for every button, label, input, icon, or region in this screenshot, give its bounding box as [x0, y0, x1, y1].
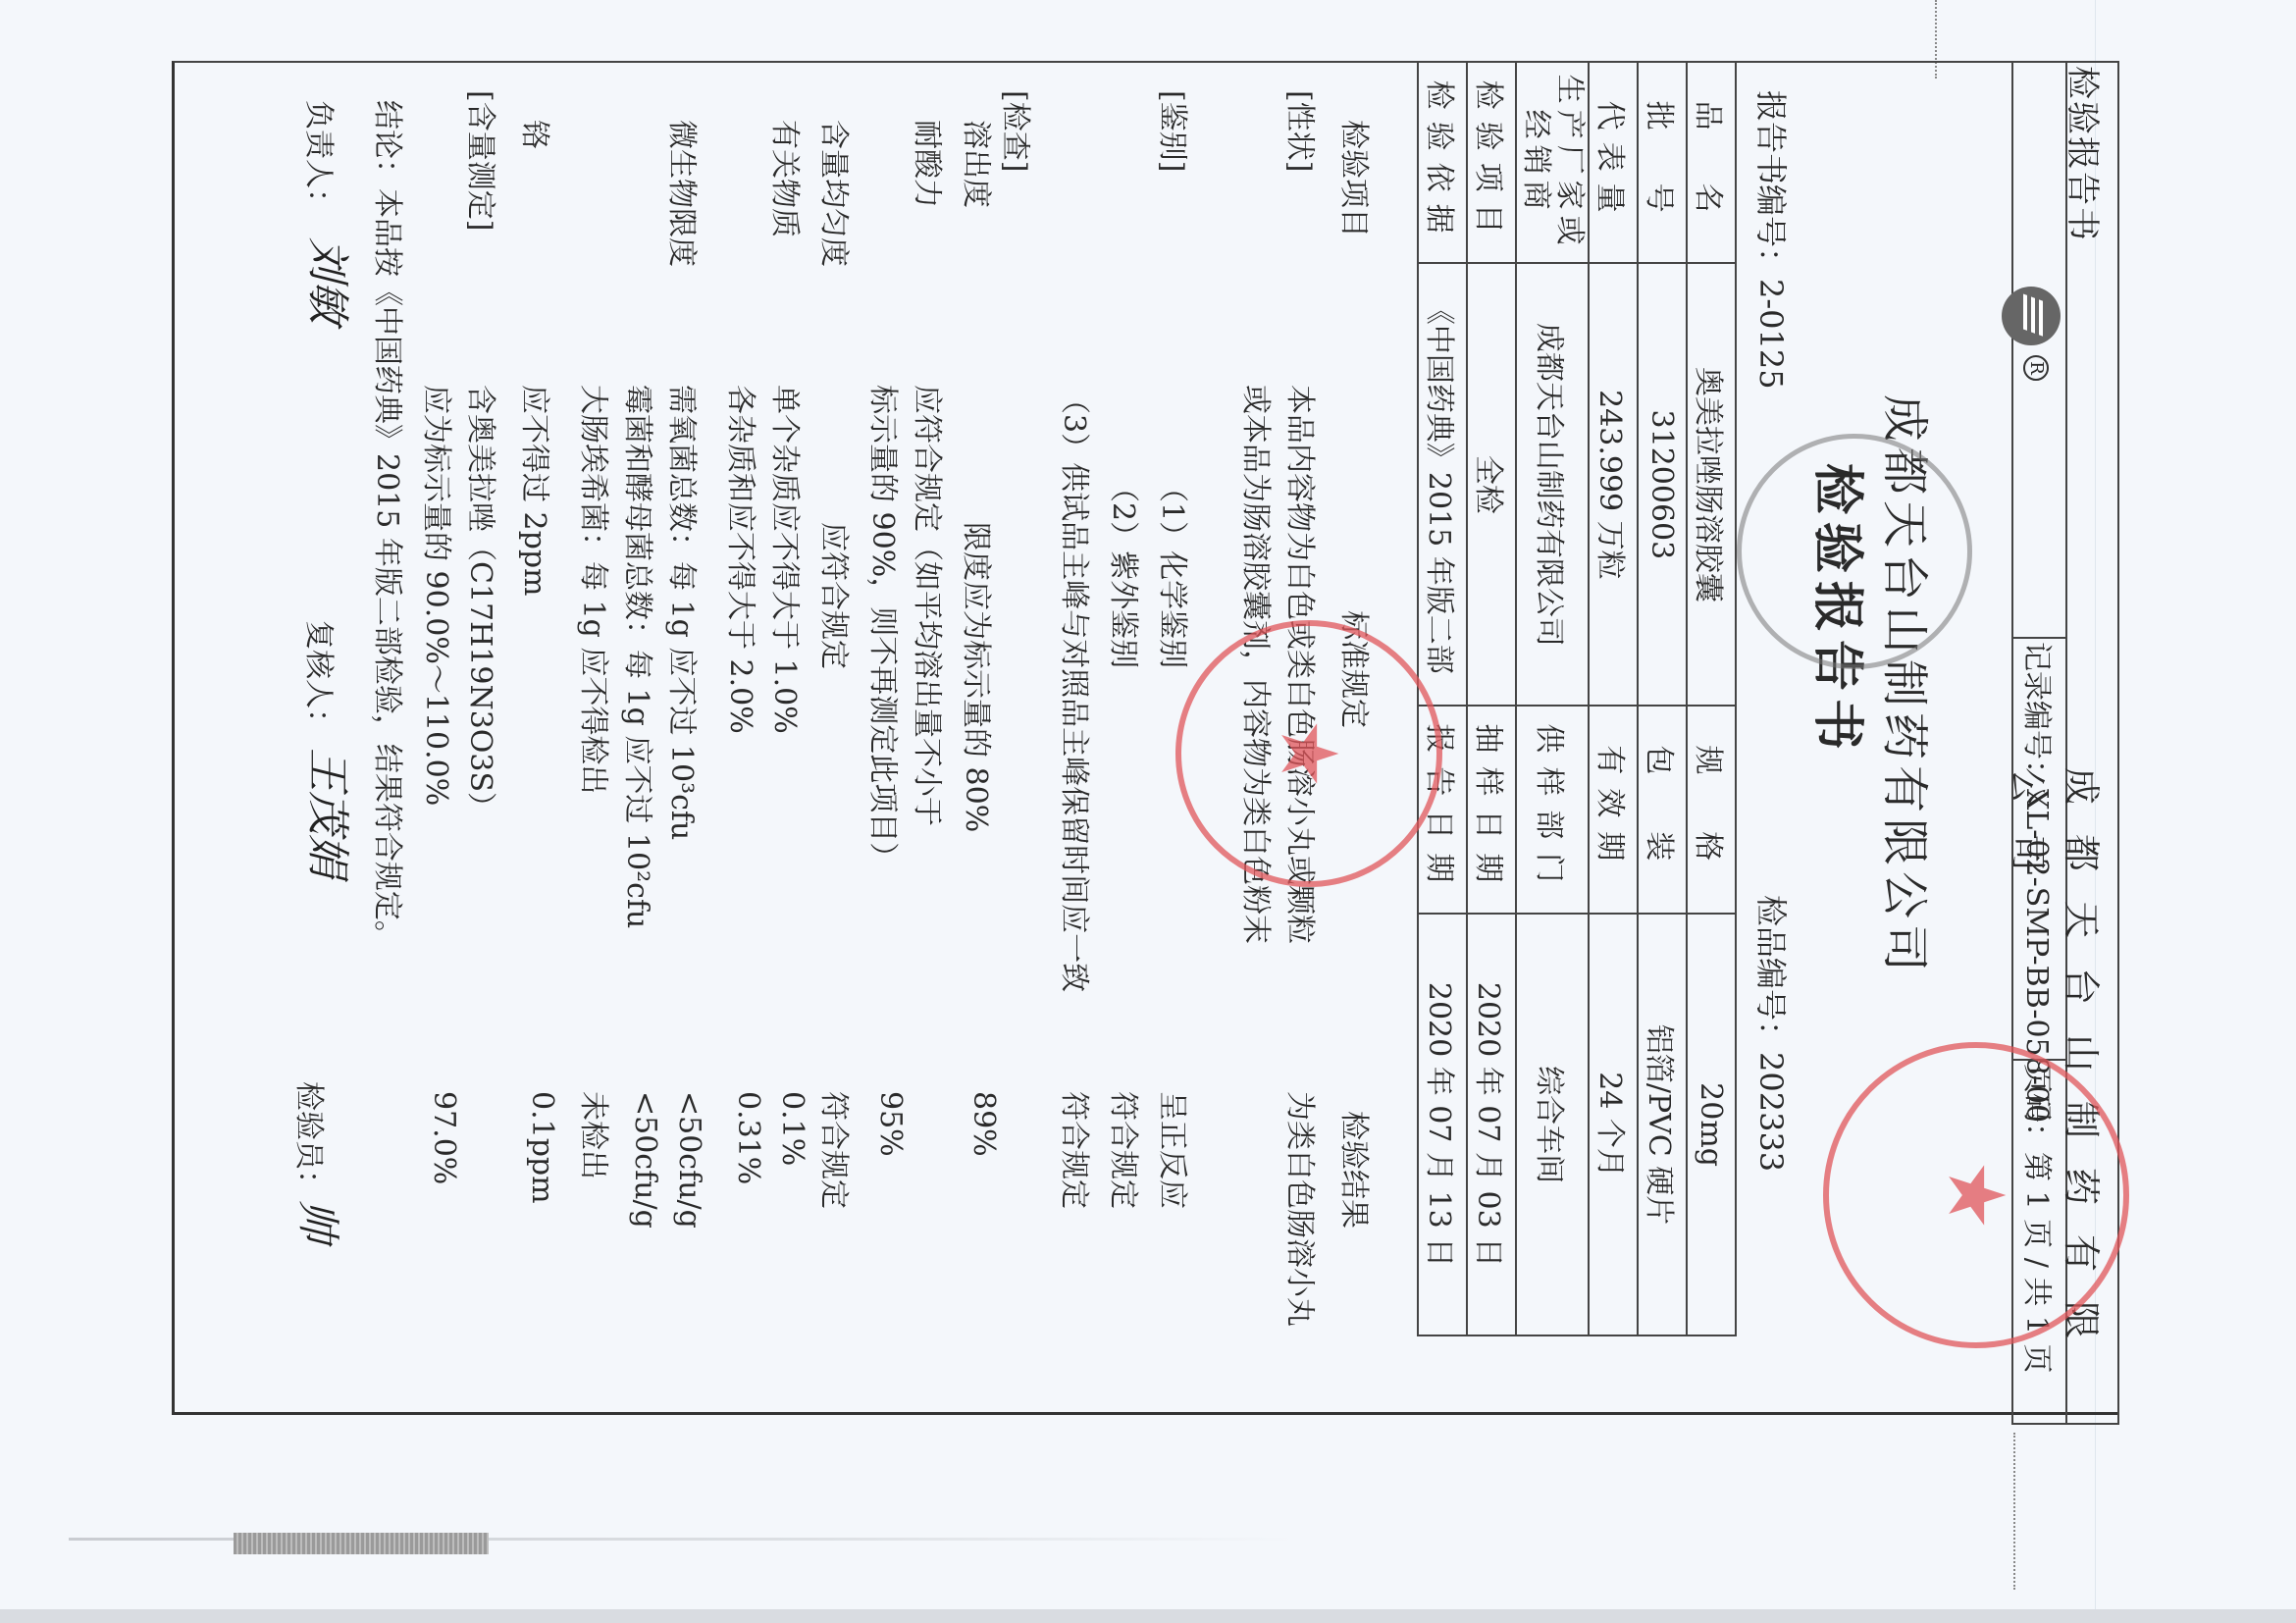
result-standard: 单个杂质应不得大于 1.0% [766, 385, 809, 734]
reviewer-signature: 王茂娟 [300, 748, 363, 877]
result-item: 铬 [516, 120, 559, 149]
table-row: 检验项目 全检 抽样日期 2020 年 07 月 03 日 [1467, 62, 1516, 1335]
result-standard: 需氧菌总数：每 1g 应不过 10³cfu [663, 385, 706, 840]
result-result: <50cfu/g [672, 1091, 706, 1229]
divider [2011, 637, 2065, 639]
scan-artifact-bar [234, 1533, 489, 1554]
value: 《中国药典》2015 年版二部 [1418, 263, 1467, 706]
result-standard: 应符合规定 [815, 522, 859, 669]
perforation-line [2013, 1433, 2015, 1590]
result-item: 含量均匀度 [815, 120, 859, 267]
result-result: 0.1% [775, 1091, 809, 1166]
label: 检验项目 [1467, 62, 1516, 263]
result-standard: 霉菌和酵母菌总数：每 1g 应不过 10²cfu [619, 385, 662, 928]
value: 铝箔/PVC 硬片 [1638, 914, 1687, 1335]
result-result: 97.0% [427, 1091, 461, 1184]
label: 包 装 [1638, 706, 1687, 914]
quality-stamp-middle: ★ [1175, 620, 1442, 887]
result-item: [鉴别] [1154, 90, 1197, 172]
inspector-signature: 帅 [290, 1199, 353, 1242]
result-result: 呈正反应 [1154, 1091, 1197, 1209]
label: 生产厂家或经销商 [1516, 62, 1589, 263]
doc-type: 检验报告书 [2061, 66, 2110, 242]
inspection-report: 检验报告书 成都天台山制药有限公司 记录编号：XL-02-SMP-BB-058-… [172, 61, 2119, 1415]
result-item: [含量测定] [462, 90, 505, 231]
result-item: [检查] [997, 90, 1040, 172]
label: 批 号 [1638, 62, 1687, 263]
report-number: 报告书编号：2-0125 [1750, 90, 1796, 390]
value: 2020 年 07 月 03 日 [1467, 914, 1516, 1335]
registered-mark-icon: R [2023, 355, 2049, 381]
result-standard: （1）化学鉴别 [1154, 473, 1197, 668]
result-standard: 限度应为标示量的 80% [958, 522, 1001, 832]
result-standard: 大肠埃希菌：每 1g 应不得检出 [575, 385, 618, 794]
result-result: 89% [966, 1091, 1001, 1157]
info-table: 品 名 奥美拉唑肠溶胶囊 规 格 20mg 批 号 31200603 包 装 铝… [1417, 61, 1737, 1336]
responsible-label: 负责人： [300, 100, 343, 218]
result-item: [性状] [1281, 90, 1325, 172]
responsible-signature: 刘敏 [300, 237, 363, 324]
label: 供样部门 [1516, 706, 1589, 914]
result-standard: 应不得过 2ppm [516, 385, 559, 596]
result-item: 耐酸力 [909, 120, 952, 208]
column-header-result: 检验结果 [1335, 1111, 1379, 1229]
result-standard: 各杂质和应不得大于 2.0% [722, 385, 765, 734]
result-item: 微生物限度 [663, 120, 706, 267]
value: 全检 [1467, 263, 1516, 706]
column-header-item: 检验项目 [1335, 120, 1379, 237]
sample-number: 检品编号：202333 [1750, 895, 1796, 1172]
result-result: 未检出 [575, 1091, 618, 1179]
table-row: 批 号 31200603 包 装 铝箔/PVC 硬片 [1638, 62, 1687, 1335]
company-logo-icon [2002, 287, 2061, 345]
result-result: 为类白色肠溶小丸 [1281, 1091, 1325, 1327]
result-standard: 应为标示量的 90.0%～110.0% [418, 385, 461, 806]
table-row: 品 名 奥美拉唑肠溶胶囊 规 格 20mg [1687, 62, 1736, 1335]
inspector-label: 检验员： [290, 1081, 334, 1199]
result-result: 0.31% [731, 1091, 765, 1184]
label: 有效期 [1589, 706, 1638, 914]
table-row: 生产厂家或经销商 成都天台山制药有限公司 供样部门 综合车间 [1516, 62, 1589, 1335]
scan-edge [0, 1609, 2296, 1623]
star-icon: ★ [1264, 718, 1355, 789]
label: 检验依据 [1418, 62, 1467, 263]
result-result: 符合规定 [1105, 1091, 1148, 1209]
value: 243.999 万粒 [1589, 263, 1638, 706]
result-standard: （3）供试品主峰与对照品主峰保留时间应一致 [1056, 385, 1099, 992]
result-result: 95% [873, 1091, 908, 1157]
label: 抽样日期 [1467, 706, 1516, 914]
result-item: 溶出度 [958, 120, 1001, 208]
value: 24 个月 [1589, 914, 1638, 1335]
label: 品 名 [1687, 62, 1736, 263]
value: 2020 年 07 月 13 日 [1418, 914, 1467, 1335]
result-standard: 含奥美拉唑（C17H19N3O3S） [462, 385, 505, 821]
value: 20mg [1687, 914, 1736, 1335]
star-icon: ★ [1931, 1160, 2022, 1230]
result-result: 0.1ppm [525, 1091, 559, 1204]
result-standard: 标示量的 90%，则不再测定此项目） [864, 385, 908, 871]
conclusion: 结论：本品按《中国药典》2015 年版二部检验，结果符合规定。 [369, 100, 412, 950]
result-result: <50cfu/g [628, 1091, 662, 1229]
label: 代表量 [1589, 62, 1638, 263]
result-item: 有关物质 [766, 120, 809, 237]
value: 综合车间 [1516, 914, 1589, 1335]
value: 成都天台山制药有限公司 [1516, 263, 1589, 706]
gray-stamp [1737, 434, 1972, 669]
reviewer-label: 复核人： [300, 620, 343, 738]
value: 31200603 [1638, 263, 1687, 706]
table-row: 代表量 243.999 万粒 有效期 24 个月 [1589, 62, 1638, 1335]
quality-stamp-top: ★ [1823, 1042, 2129, 1348]
value: 奥美拉唑肠溶胶囊 [1687, 263, 1736, 706]
result-result: 符合规定 [1056, 1091, 1099, 1209]
result-standard: 应符合规定（如平均溶出量不小于 [909, 385, 952, 826]
result-standard: （2）紫外鉴别 [1105, 473, 1148, 668]
result-result: 符合规定 [815, 1091, 859, 1209]
label: 规 格 [1687, 706, 1736, 914]
